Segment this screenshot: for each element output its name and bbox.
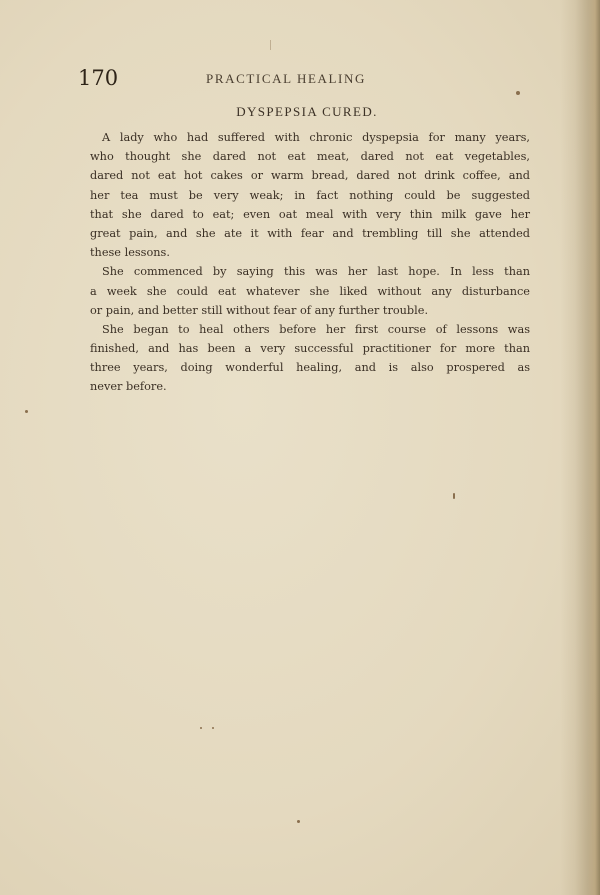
paper-speck [200,727,202,729]
paragraph-2: She commenced by saying this was her las… [78,262,530,320]
section-title: DYSPEPSIA CURED. [0,104,600,120]
paper-speck [297,820,300,823]
paper-speck [25,410,28,413]
paper-speck [453,493,455,499]
text-line: great pain, and she ate it with fear and… [78,224,530,243]
body-text: A lady who had suffered with chronic dys… [78,128,530,397]
text-line: dared not eat hot cakes or warm bread, d… [78,166,530,185]
paragraph-1: A lady who had suffered with chronic dys… [78,128,530,262]
text-line: never before. [78,377,530,396]
text-line: She commenced by saying this was her las… [78,262,530,281]
text-line: finished, and has been a very successful… [78,339,530,358]
paper-speck [516,91,520,95]
paragraph-3: She began to heal others before her firs… [78,320,530,397]
running-head: PRACTICAL HEALING [206,71,366,87]
text-line: She began to heal others before her firs… [78,320,530,339]
text-line: or pain, and better still without fear o… [78,301,530,320]
page-number: 170 [78,66,118,90]
text-line: three years, doing wonderful healing, an… [78,358,530,377]
text-line: these lessons. [78,243,530,262]
text-line: A lady who had suffered with chronic dys… [78,128,530,147]
paper-speck [212,727,214,729]
text-line: that she dared to eat; even oat meal wit… [78,205,530,224]
paper-speck [270,40,271,50]
text-line: her tea must be very weak; in fact nothi… [78,186,530,205]
book-page: 170 PRACTICAL HEALING DYSPEPSIA CURED. A… [0,0,600,895]
text-line: a week she could eat whatever she liked … [78,282,530,301]
text-line: who thought she dared not eat meat, dare… [78,147,530,166]
